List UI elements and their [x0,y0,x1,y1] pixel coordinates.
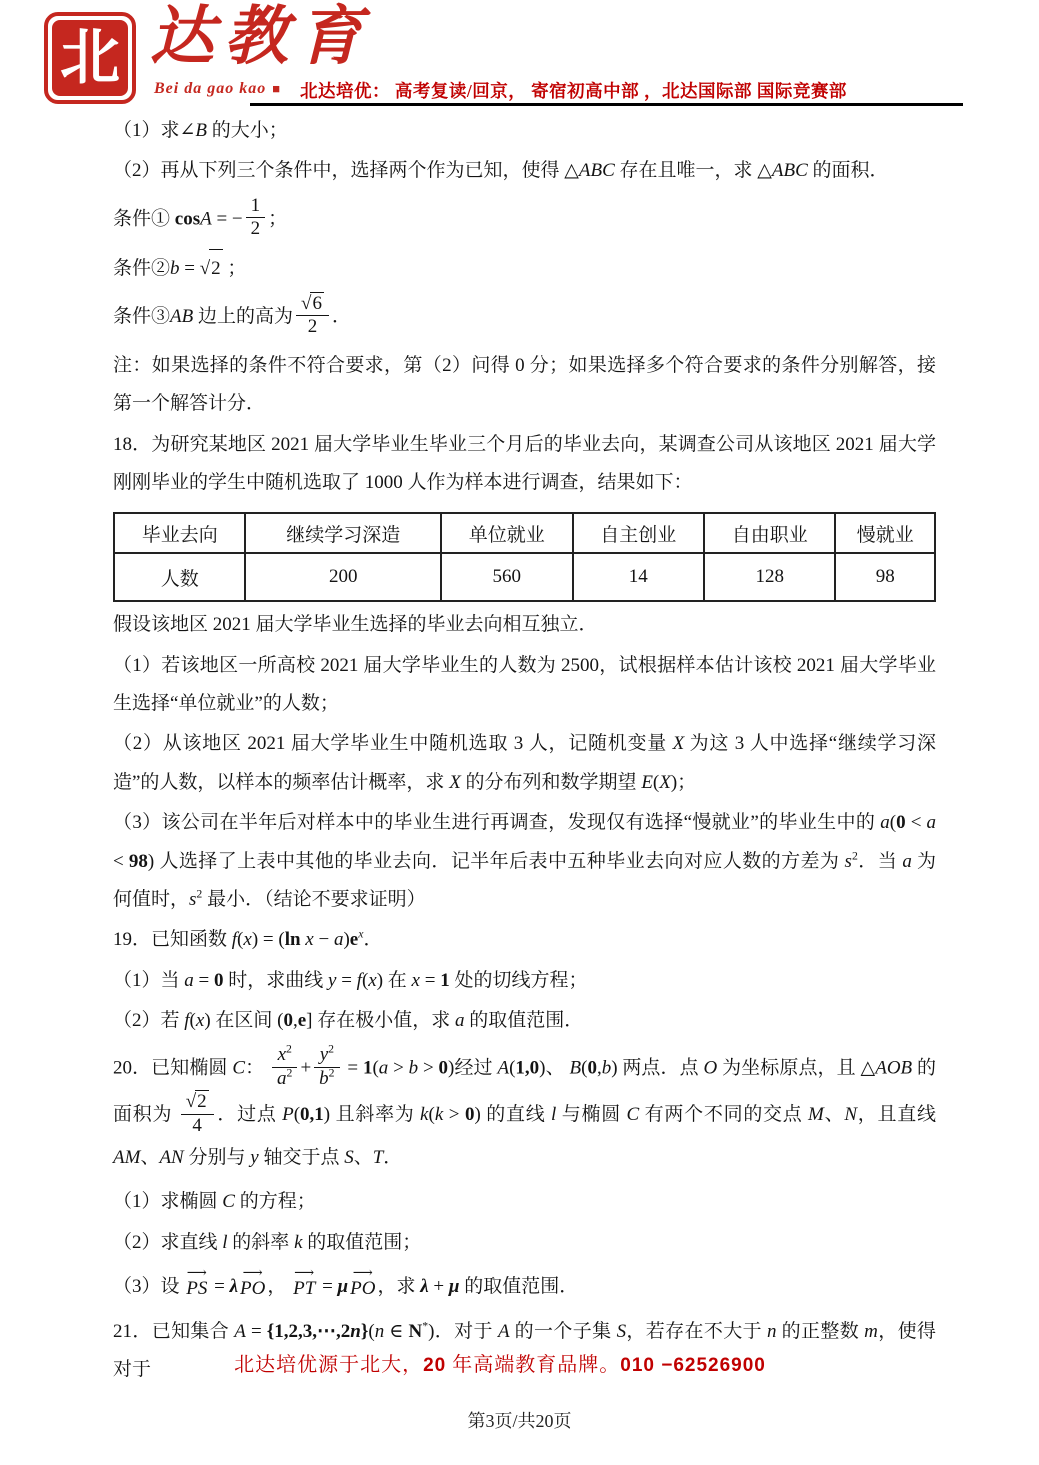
footer-promo-text: 北达培优源于北大，20 年高端教育品牌。010 −62526900 [0,1348,1000,1377]
table-cell: 560 [441,553,572,601]
q17-condition-3: 条件③AB 边上的高为√62． [113,294,936,341]
q18-part1: （1）若该地区一所高校 2021 届大学毕业生的人数为 2500，试根据样本估计… [113,647,936,724]
fraction: 12 [246,195,266,241]
page-number: 第3页/共20页 [0,1407,1039,1433]
q19-part2: （2）若 f(x) 在区间 (0,e] 存在极小值，求 a 的取值范围． [113,1002,936,1040]
radical: √2 [200,249,223,288]
q18-stem: 18．为研究某地区 2021 届大学毕业生毕业三个月后的毕业去向，某调查公司从该… [113,426,936,503]
radical: √2 [186,1090,209,1113]
table-header-cell: 继续学习深造 [245,513,441,553]
brand-subtitle-text: Bei da gao kao [154,80,266,97]
table-cell: 98 [835,553,935,601]
q20-part2: （2）求直线 l 的斜率 k 的取值范围； [113,1224,936,1262]
q20-part3: （3）设 ⟶PS = λ⟶PO， ⟶PT = μ⟶PO，求 λ + μ 的取值范… [113,1268,936,1306]
q17-part2: （2）再从下列三个条件中，选择两个作为已知，使得 △ABC 存在且唯一，求 △A… [113,152,936,190]
survey-table: 毕业去向继续学习深造单位就业自主创业自由职业慢就业人数2005601412898 [113,512,936,602]
table-header-cell: 单位就业 [441,513,572,553]
brand-square-icon: ■ [272,81,281,96]
vector-po: ⟶PO [350,1270,375,1300]
table-header-cell: 自主创业 [573,513,704,553]
fraction: y2b2 [314,1044,339,1090]
fraction: √24 [181,1090,214,1137]
table-header-cell: 自由职业 [704,513,835,553]
brand-script-text: 达教育 [150,2,372,72]
table-cell: 人数 [114,553,245,601]
brand-subtitle: Bei da gao kao■ [154,80,281,98]
seal-character: 北 [52,20,128,96]
q18-part3: （3）该公司在半年后对样本中的毕业生进行再调查，发现仅有选择“慢就业”的毕业生中… [113,804,936,919]
fraction: √62 [296,292,329,339]
table-cell: 14 [573,553,704,601]
exam-paper-page: 北 达教育 Bei da gao kao■ 北达培优： 高考复读/回京， 寄宿初… [0,0,1039,1465]
q17-note: 注：如果选择的条件不符合要求，第（2）问得 0 分；如果选择多个符合要求的条件分… [113,347,936,424]
vector-po: ⟶PO [240,1270,265,1300]
fraction: x2a2 [272,1044,297,1090]
header-divider-rule [250,103,963,106]
table-header-cell: 毕业去向 [114,513,245,553]
q18-assumption: 假设该地区 2021 届大学毕业生选择的毕业去向相互独立． [113,606,936,644]
vector-ps: ⟶PS [186,1270,207,1300]
table-cell: 128 [704,553,835,601]
q19-part1: （1）当 a = 0 时，求曲线 y = f(x) 在 x = 1 处的切线方程… [113,962,936,1000]
q19-stem: 19．已知函数 f(x) = (ln x − a)ex． [113,921,936,959]
q17-part1: （1）求∠B 的大小； [113,112,936,150]
table-cell: 200 [245,553,441,601]
vector-pt: ⟶PT [293,1270,315,1300]
table-row: 毕业去向继续学习深造单位就业自主创业自由职业慢就业 [114,513,935,553]
q20-part1: （1）求椭圆 C 的方程； [113,1183,936,1221]
table-row: 人数2005601412898 [114,553,935,601]
q17-condition-1: 条件① cosA = −12； [113,197,936,243]
radical: √6 [301,292,324,315]
document-content: （1）求∠B 的大小；（2）再从下列三个条件中，选择两个作为已知，使得 △ABC… [113,110,936,1389]
brand-seal-logo: 北 [44,12,136,104]
header-tagline: 北达培优： 高考复读/回京， 寄宿初高中部 ，北达国际部 国际竞赛部 [300,78,965,103]
q17-condition-2: 条件②b = √2 ； [113,249,936,288]
q18-part2: （2）从该地区 2021 届大学毕业生中随机选取 3 人，记随机变量 X 为这 … [113,725,936,802]
table-header-cell: 慢就业 [835,513,935,553]
q20-stem: 20．已知椭圆 C： x2a2+y2b2 = 1(a > b > 0)经过 A(… [113,1046,936,1177]
